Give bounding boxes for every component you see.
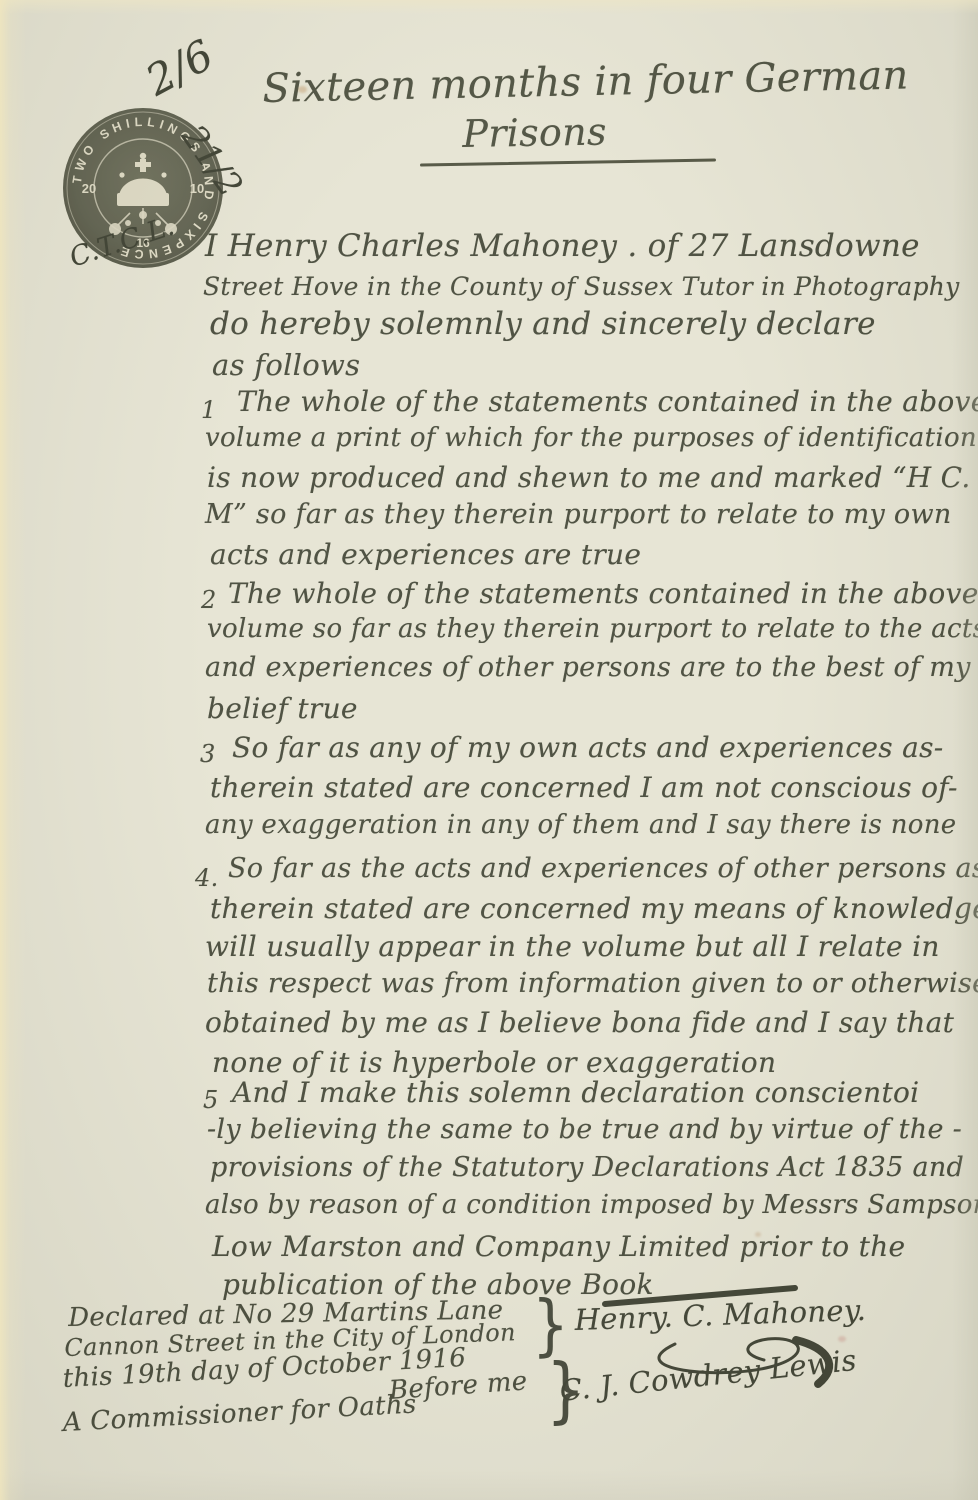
body-line: therein stated are concerned my means of…: [210, 892, 978, 925]
body-line: obtained by me as I believe bona fide an…: [205, 1006, 954, 1039]
body-line: acts and experiences are true: [210, 538, 641, 571]
body-line: So far as the acts and experiences of ot…: [228, 853, 978, 884]
stamp-value-left: 20: [82, 181, 96, 196]
body-line: volume a print of which for the purposes…: [205, 423, 977, 453]
paragraph-number: 1: [201, 396, 217, 424]
title-line-2: Prisons: [462, 109, 607, 156]
paragraph-number: 2: [201, 586, 217, 614]
body-line: will usually appear in the volume but al…: [205, 930, 940, 963]
body-line: none of it is hyperbole or exaggeration: [212, 1046, 776, 1079]
body-line: and experiences of other persons are to …: [205, 652, 971, 683]
body-line: any exaggeration in any of them and I sa…: [205, 810, 956, 840]
body-line: The whole of the statements contained in…: [237, 385, 978, 418]
body-line: And I make this solemn declaration consc…: [232, 1076, 919, 1109]
opening-line: Street Hove in the County of Sussex Tuto…: [203, 272, 960, 301]
body-line: therein stated are concerned I am not co…: [210, 771, 958, 804]
paragraph-number: 4.: [195, 864, 219, 892]
body-line: this respect was from information given …: [207, 968, 978, 999]
title-underline: [420, 158, 716, 166]
opening-line: as follows: [212, 348, 360, 382]
declaration-document-page: TWO SHILLINGS AND SIXPENCE 20 10 16: [0, 0, 978, 1500]
body-line: -ly believing the same to be true and by…: [207, 1114, 962, 1145]
body-line: Low Marston and Company Limited prior to…: [212, 1230, 905, 1263]
body-line: is now produced and shewn to me and mark…: [207, 461, 971, 494]
body-line: M” so far as they therein purport to rel…: [205, 499, 952, 530]
commissioner-title: A Commissioner for Oaths: [62, 1389, 417, 1437]
paragraph-number: 3: [200, 740, 216, 768]
stamp-price-annotation: 2/6: [138, 30, 221, 105]
paragraph-number: 5: [203, 1086, 219, 1114]
body-line: also by reason of a condition imposed by…: [205, 1190, 978, 1220]
body-line: volume so far as they therein purport to…: [207, 614, 978, 644]
title-line-1: Sixteen months in four German: [262, 52, 909, 112]
body-line: The whole of the statements contained in…: [228, 577, 978, 610]
body-line: So far as any of my own acts and experie…: [232, 731, 944, 764]
opening-line: I Henry Charles Mahoney . of 27 Lansdown…: [205, 228, 920, 264]
body-line: belief true: [207, 692, 358, 725]
body-line: provisions of the Statutory Declarations…: [210, 1152, 964, 1183]
opening-line: do hereby solemnly and sincerely declare: [210, 306, 876, 342]
